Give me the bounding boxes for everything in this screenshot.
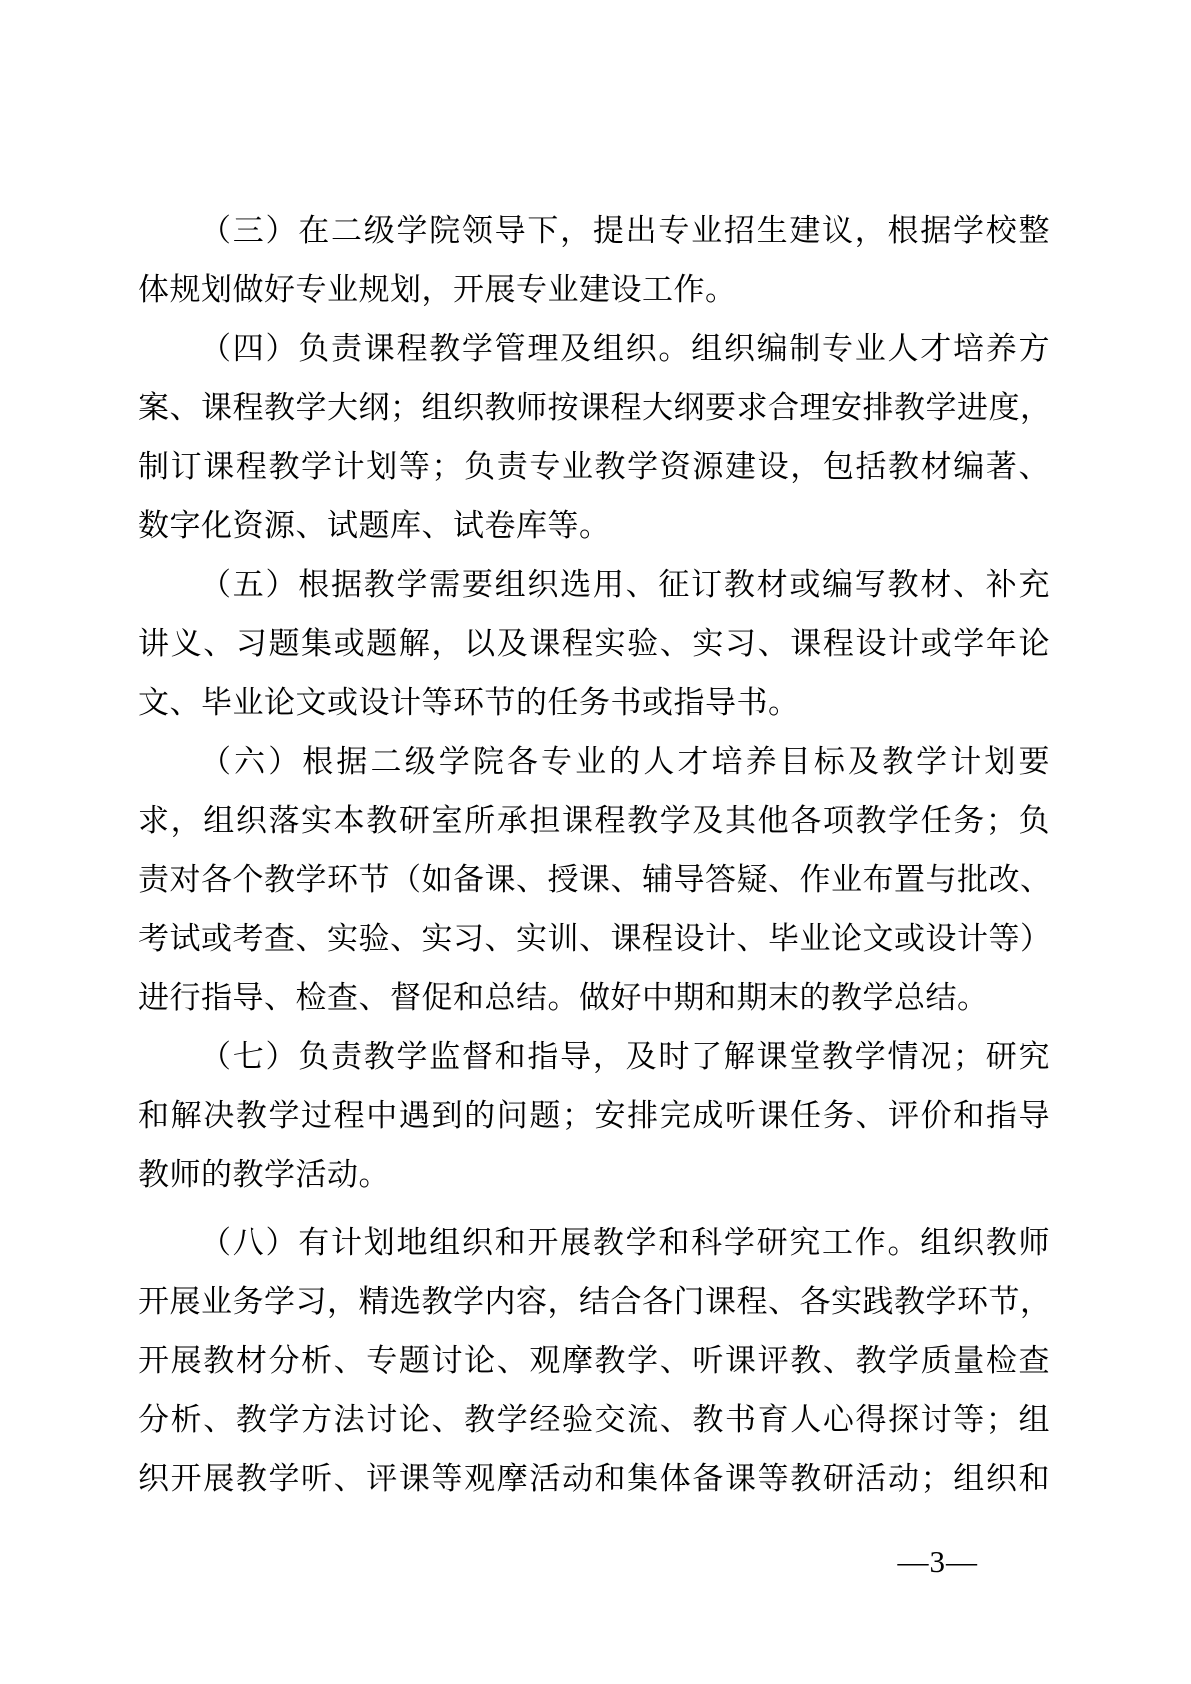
text-line: 案、课程教学大纲；组织教师按课程大纲要求合理安排教学进度，: [138, 378, 1050, 437]
document-body: （三）在二级学院领导下，提出专业招生建议，根据学校整体规划做好专业规划，开展专业…: [138, 201, 1050, 1508]
text-line: （七）负责教学监督和指导，及时了解课堂教学情况；研究: [138, 1027, 1050, 1086]
text-line: 织开展教学听、评课等观摩活动和集体备课等教研活动；组织和: [138, 1449, 1050, 1508]
text-line: 考试或考查、实验、实习、实训、课程设计、毕业论文或设计等）: [138, 909, 1050, 968]
text-line: 进行指导、检查、督促和总结。做好中期和期末的教学总结。: [138, 968, 1050, 1027]
clause-8: （八）有计划地组织和开展教学和科学研究工作。组织教师开展业务学习，精选教学内容，…: [138, 1213, 1050, 1508]
text-line: （三）在二级学院领导下，提出专业招生建议，根据学校整: [138, 201, 1050, 260]
text-line: （八）有计划地组织和开展教学和科学研究工作。组织教师: [138, 1213, 1050, 1272]
text-line: 责对各个教学环节（如备课、授课、辅导答疑、作业布置与批改、: [138, 850, 1050, 909]
document-page: （三）在二级学院领导下，提出专业招生建议，根据学校整体规划做好专业规划，开展专业…: [0, 0, 1191, 1684]
text-line: （五）根据教学需要组织选用、征订教材或编写教材、补充: [138, 555, 1050, 614]
page-number: —3—: [898, 1544, 979, 1580]
text-line: 文、毕业论文或设计等环节的任务书或指导书。: [138, 673, 1050, 732]
text-line: 开展教材分析、专题讨论、观摩教学、听课评教、教学质量检查: [138, 1331, 1050, 1390]
clause-7: （七）负责教学监督和指导，及时了解课堂教学情况；研究和解决教学过程中遇到的问题；…: [138, 1027, 1050, 1204]
text-line: 求，组织落实本教研室所承担课程教学及其他各项教学任务；负: [138, 791, 1050, 850]
text-line: 教师的教学活动。: [138, 1145, 1050, 1204]
text-line: 和解决教学过程中遇到的问题；安排完成听课任务、评价和指导: [138, 1086, 1050, 1145]
text-line: 开展业务学习，精选教学内容，结合各门课程、各实践教学环节，: [138, 1272, 1050, 1331]
text-line: （六）根据二级学院各专业的人才培养目标及教学计划要: [138, 732, 1050, 791]
text-line: （四）负责课程教学管理及组织。组织编制专业人才培养方: [138, 319, 1050, 378]
text-line: 数字化资源、试题库、试卷库等。: [138, 496, 1050, 555]
paragraphs: （三）在二级学院领导下，提出专业招生建议，根据学校整体规划做好专业规划，开展专业…: [138, 201, 1050, 1508]
clause-5: （五）根据教学需要组织选用、征订教材或编写教材、补充讲义、习题集或题解，以及课程…: [138, 555, 1050, 732]
clause-4: （四）负责课程教学管理及组织。组织编制专业人才培养方案、课程教学大纲；组织教师按…: [138, 319, 1050, 555]
clause-6: （六）根据二级学院各专业的人才培养目标及教学计划要求，组织落实本教研室所承担课程…: [138, 732, 1050, 1027]
text-line: 分析、教学方法讨论、教学经验交流、教书育人心得探讨等；组: [138, 1390, 1050, 1449]
text-line: 体规划做好专业规划，开展专业建设工作。: [138, 260, 1050, 319]
text-line: 制订课程教学计划等；负责专业教学资源建设，包括教材编著、: [138, 437, 1050, 496]
clause-3: （三）在二级学院领导下，提出专业招生建议，根据学校整体规划做好专业规划，开展专业…: [138, 201, 1050, 319]
text-line: 讲义、习题集或题解，以及课程实验、实习、课程设计或学年论: [138, 614, 1050, 673]
